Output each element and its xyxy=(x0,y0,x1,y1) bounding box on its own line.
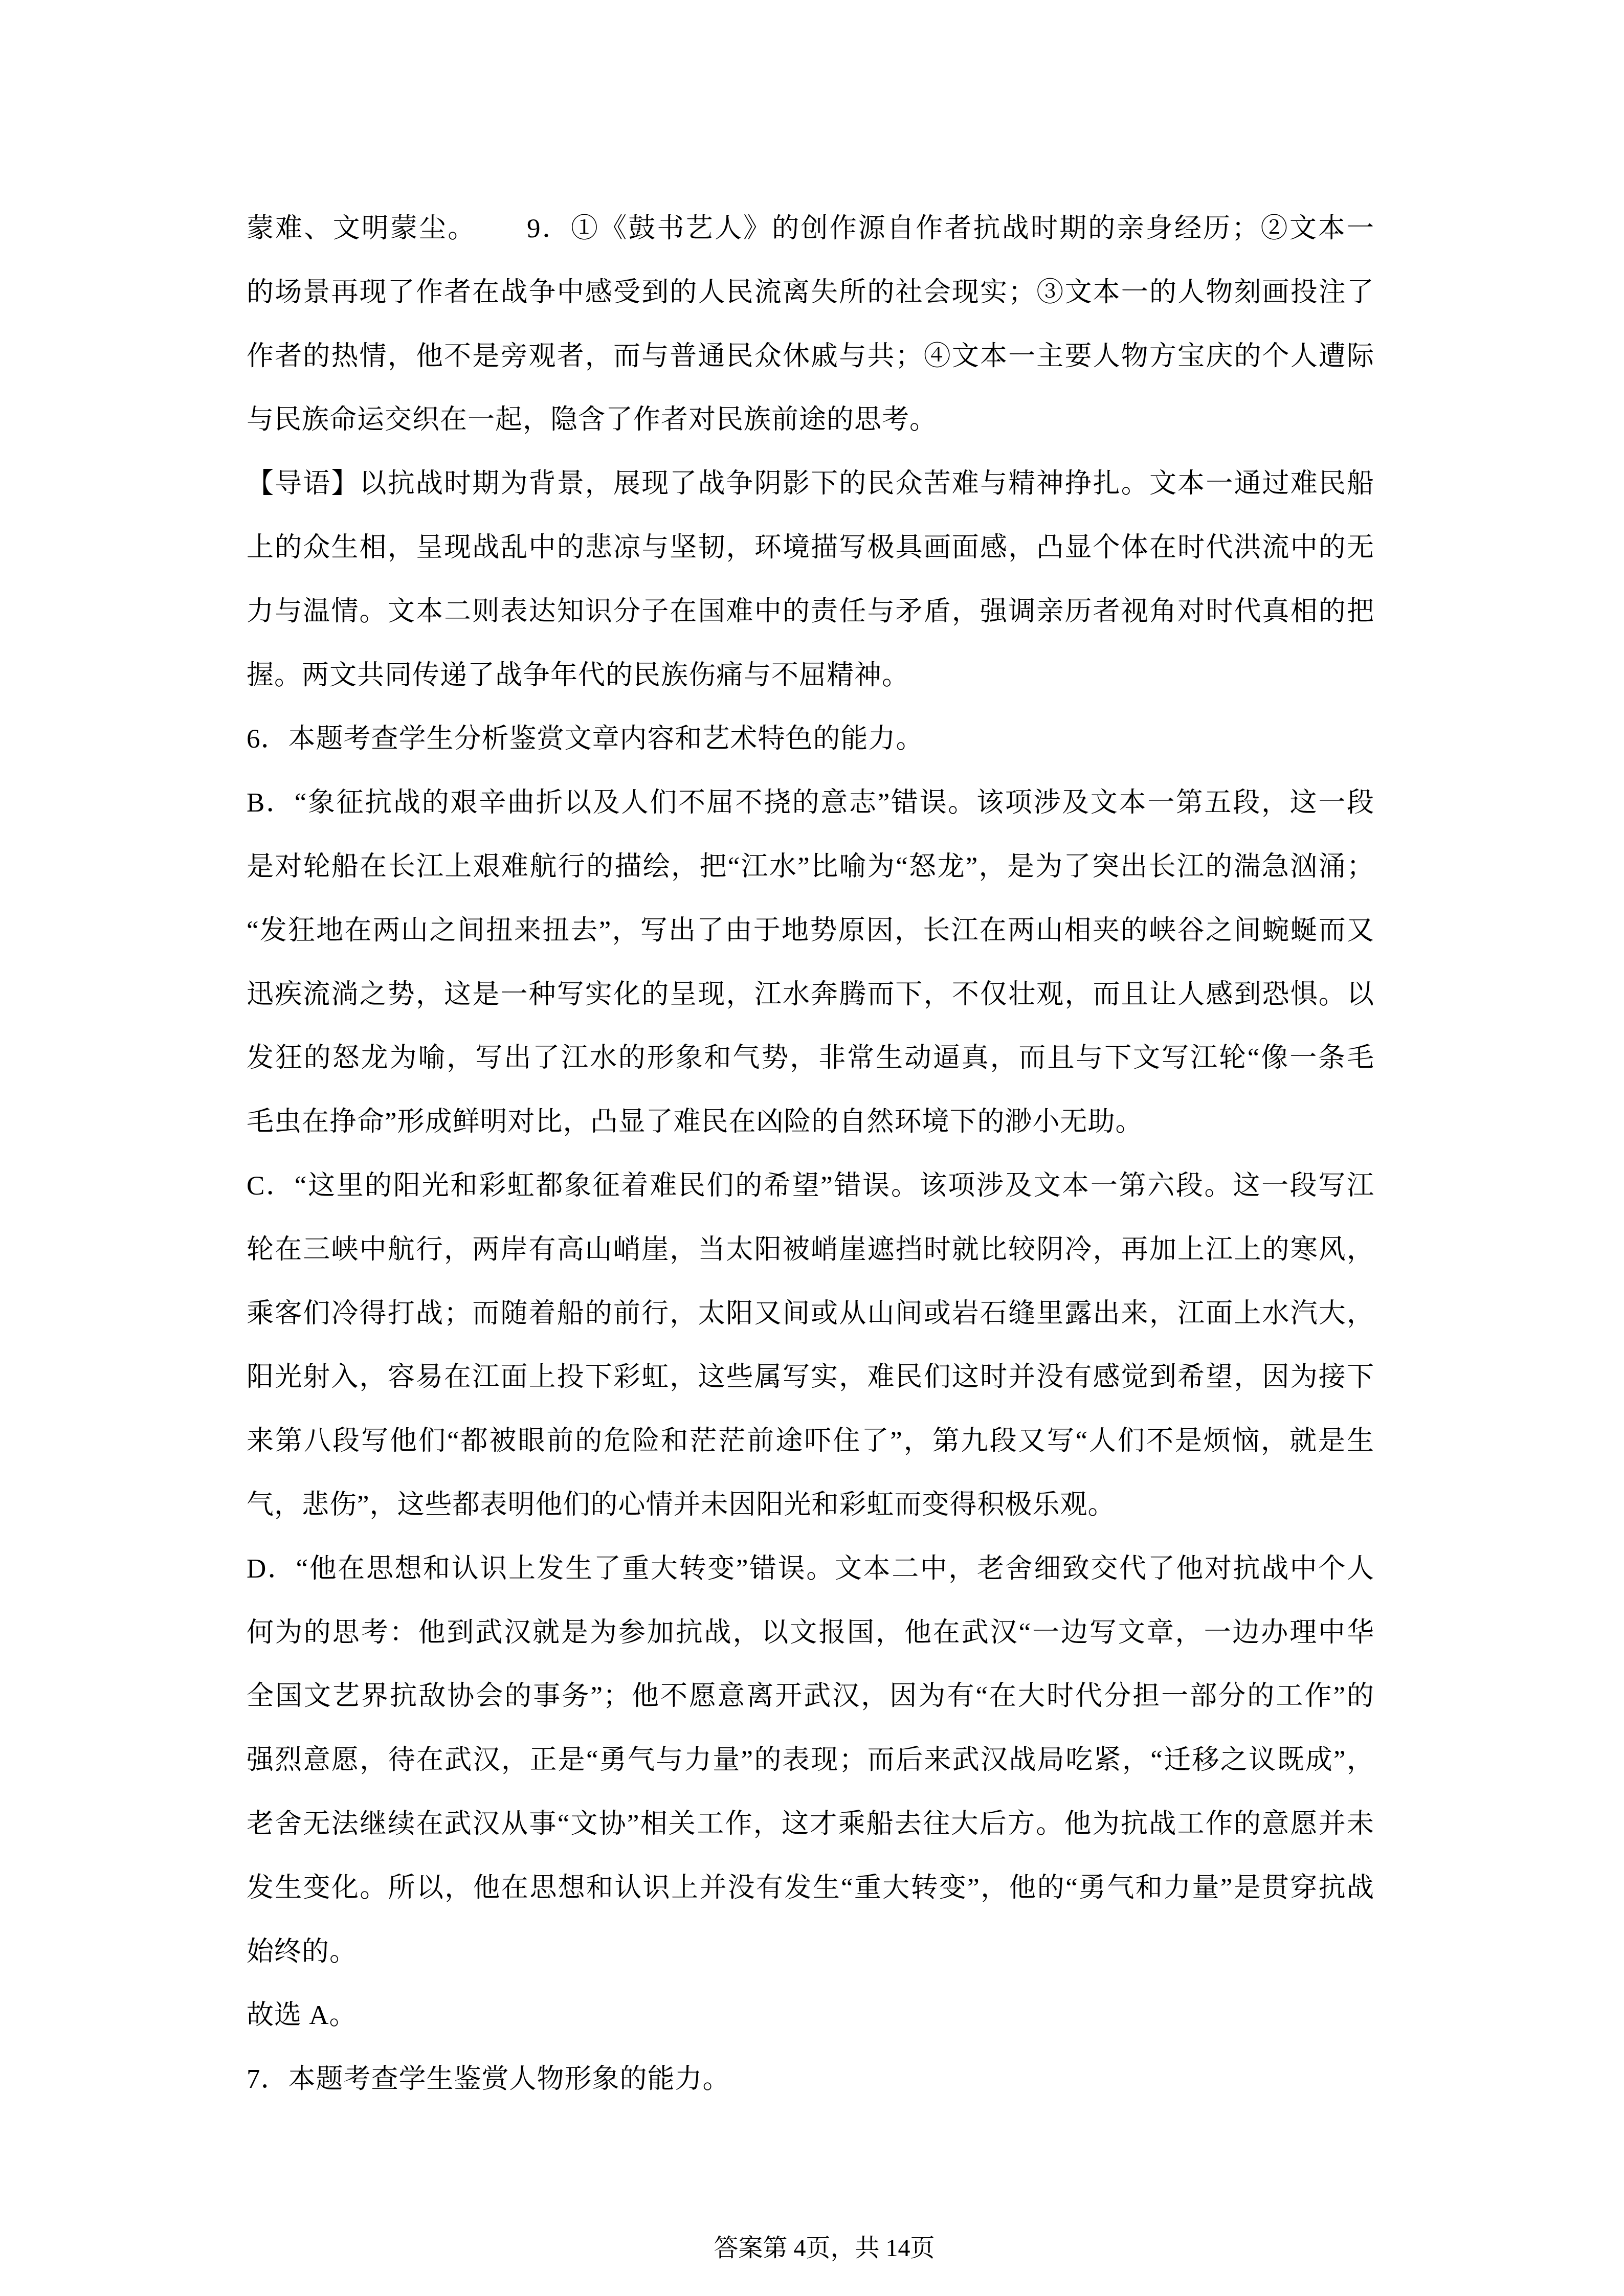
text-line: 蒙难、文明蒙尘。 9．①《鼓书艺人》的创作源自作者抗战时期的亲身经历；②文本一 xyxy=(247,197,1374,261)
text-line: 握。两文共同传递了战争年代的民族伤痛与不屈精神。 xyxy=(247,644,1374,708)
text-line: 发生变化。所以，他在思想和认识上并没有发生“重大转变”，他的“勇气和力量”是贯穿… xyxy=(247,1856,1374,1920)
text-line: D．“他在思想和认识上发生了重大转变”错误。文本二中，老舍细致交代了他对抗战中个… xyxy=(247,1537,1374,1601)
text-line: 阳光射入，容易在江面上投下彩虹，这些属写实，难民们这时并没有感觉到希望，因为接下 xyxy=(247,1345,1374,1409)
text-line: 全国文艺界抗敌协会的事务”；他不愿意离开武汉，因为有“在大时代分担一部分的工作”… xyxy=(247,1664,1374,1728)
text-line: 的场景再现了作者在战争中感受到的人民流离失所的社会现实；③文本一的人物刻画投注了 xyxy=(247,261,1374,325)
text-line: 乘客们冷得打战；而随着船的前行，太阳又间或从山间或岩石缝里露出来，江面上水汽大， xyxy=(247,1282,1374,1346)
text-line: 毛虫在挣命”形成鲜明对比，凸显了难民在凶险的自然环境下的渺小无助。 xyxy=(247,1090,1374,1154)
page-footer: 答案第 4页，共 14页 xyxy=(0,2202,1624,2294)
text-line: B．“象征抗战的艰辛曲折以及人们不屈不挠的意志”错误。该项涉及文本一第五段，这一… xyxy=(247,771,1374,835)
text-line: C．“这里的阳光和彩虹都象征着难民们的希望”错误。该项涉及文本一第六段。这一段写… xyxy=(247,1154,1374,1218)
text-line: 7．本题考查学生鉴赏人物形象的能力。 xyxy=(247,2047,1374,2111)
text-line: “发狂地在两山之间扭来扭去”，写出了由于地势原因，长江在两山相夹的峡谷之间蜿蜒而… xyxy=(247,899,1374,963)
text-line: 上的众生相，呈现战乱中的悲凉与坚韧，环境描写极具画面感，凸显个体在时代洪流中的无 xyxy=(247,516,1374,580)
text-line: 强烈意愿，待在武汉，正是“勇气与力量”的表现；而后来武汉战局吃紧，“迁移之议既成… xyxy=(247,1728,1374,1792)
text-line: 6．本题考查学生分析鉴赏文章内容和艺术特色的能力。 xyxy=(247,707,1374,771)
text-line: 轮在三峡中航行，两岸有高山峭崖，当太阳被峭崖遮挡时就比较阴冷，再加上江上的寒风， xyxy=(247,1218,1374,1282)
text-line: 故选 A。 xyxy=(247,1984,1374,2047)
text-line: 力与温情。文本二则表达知识分子在国难中的责任与矛盾，强调亲历者视角对时代真相的把 xyxy=(247,580,1374,644)
text-line: 迅疾流淌之势，这是一种写实化的呈现，江水奔腾而下，不仅壮观，而且让人感到恐惧。以 xyxy=(247,963,1374,1027)
text-line: 与民族命运交织在一起，隐含了作者对民族前途的思考。 xyxy=(247,388,1374,452)
text-line: 老舍无法继续在武汉从事“文协”相关工作，这才乘船去往大后方。他为抗战工作的意愿并… xyxy=(247,1792,1374,1856)
text-line: 何为的思考：他到武汉就是为参加抗战，以文报国，他在武汉“一边写文章，一边办理中华 xyxy=(247,1601,1374,1665)
text-line: 始终的。 xyxy=(247,1920,1374,1984)
text-line: 发狂的怒龙为喻，写出了江水的形象和气势，非常生动逼真，而且与下文写江轮“像一条毛 xyxy=(247,1026,1374,1090)
text-line: 是对轮船在长江上艰难航行的描绘，把“江水”比喻为“怒龙”，是为了突出长江的湍急汹… xyxy=(247,835,1374,899)
answer-sheet-page: 蒙难、文明蒙尘。 9．①《鼓书艺人》的创作源自作者抗战时期的亲身经历；②文本一的… xyxy=(0,0,1624,2296)
text-line: 作者的热情，他不是旁观者，而与普通民众休戚与共；④文本一主要人物方宝庆的个人遭际 xyxy=(247,325,1374,389)
text-line: 气，悲伤”，这些都表明他们的心情并未因阳光和彩虹而变得积极乐观。 xyxy=(247,1473,1374,1537)
answer-text-block: 蒙难、文明蒙尘。 9．①《鼓书艺人》的创作源自作者抗战时期的亲身经历；②文本一的… xyxy=(247,197,1374,2111)
page-number-text: 答案第 4页，共 14页 xyxy=(714,2235,935,2262)
text-line: 来第八段写他们“都被眼前的危险和茫茫前途吓住了”，第九段又写“人们不是烦恼，就是… xyxy=(247,1409,1374,1473)
text-line: 【导语】以抗战时期为背景，展现了战争阴影下的民众苦难与精神挣扎。文本一通过难民船 xyxy=(247,452,1374,516)
